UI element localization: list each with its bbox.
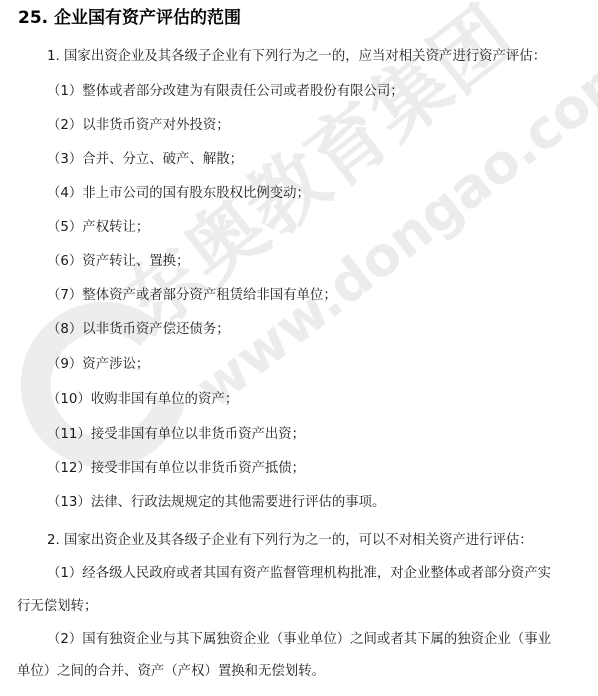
list-item-continuation: 单位）之间的合并、资产（产权）置换和无偿划转。 bbox=[17, 662, 325, 682]
list-item: （11）接受非国有单位以非货币资产出资； bbox=[47, 425, 305, 445]
list-item: （12）接受非国有单位以非货币资产抵债； bbox=[47, 459, 305, 479]
list-item-continuation: 行无偿划转； bbox=[17, 597, 97, 617]
page-title: 25. 企业国有资产评估的范围 bbox=[18, 6, 241, 30]
list-item: （8）以非货币资产偿还债务； bbox=[47, 320, 230, 340]
list-item: （3）合并、分立、破产、解散； bbox=[47, 150, 243, 170]
list-item: （2）国有独资企业与其下属独资企业（事业单位）之间或者其下属的独资企业（事业 bbox=[47, 630, 551, 650]
list-item: （9）资产涉讼； bbox=[47, 355, 149, 375]
list-item: （6）资产转让、置换； bbox=[47, 252, 189, 272]
section-2-heading: 2. 国家出资企业及其各级子企业有下列行为之一的，可以不对相关资产进行评估： bbox=[47, 531, 533, 551]
list-item: （7）整体资产或者部分资产租赁给非国有单位； bbox=[47, 286, 337, 306]
list-item: （1）整体或者部分改建为有限责任公司或者股份有限公司； bbox=[47, 82, 404, 102]
list-item: （2）以非货币资产对外投资； bbox=[47, 116, 230, 136]
list-item: （10）收购非国有单位的资产； bbox=[47, 390, 238, 410]
watermark: 东奥教育集团 www.dongao.com bbox=[0, 0, 598, 696]
list-item: （13）法律、行政法规规定的其他需要进行评估的事项。 bbox=[47, 493, 385, 513]
list-item: （5）产权转让； bbox=[47, 218, 149, 238]
section-1-heading: 1. 国家出资企业及其各级子企业有下列行为之一的，应当对相关资产进行资产评估： bbox=[47, 47, 546, 67]
list-item: （4）非上市公司的国有股东股权比例变动； bbox=[47, 184, 310, 204]
list-item: （1）经各级人民政府或者其国有资产监督管理机构批准，对企业整体或者部分资产实 bbox=[47, 564, 551, 584]
